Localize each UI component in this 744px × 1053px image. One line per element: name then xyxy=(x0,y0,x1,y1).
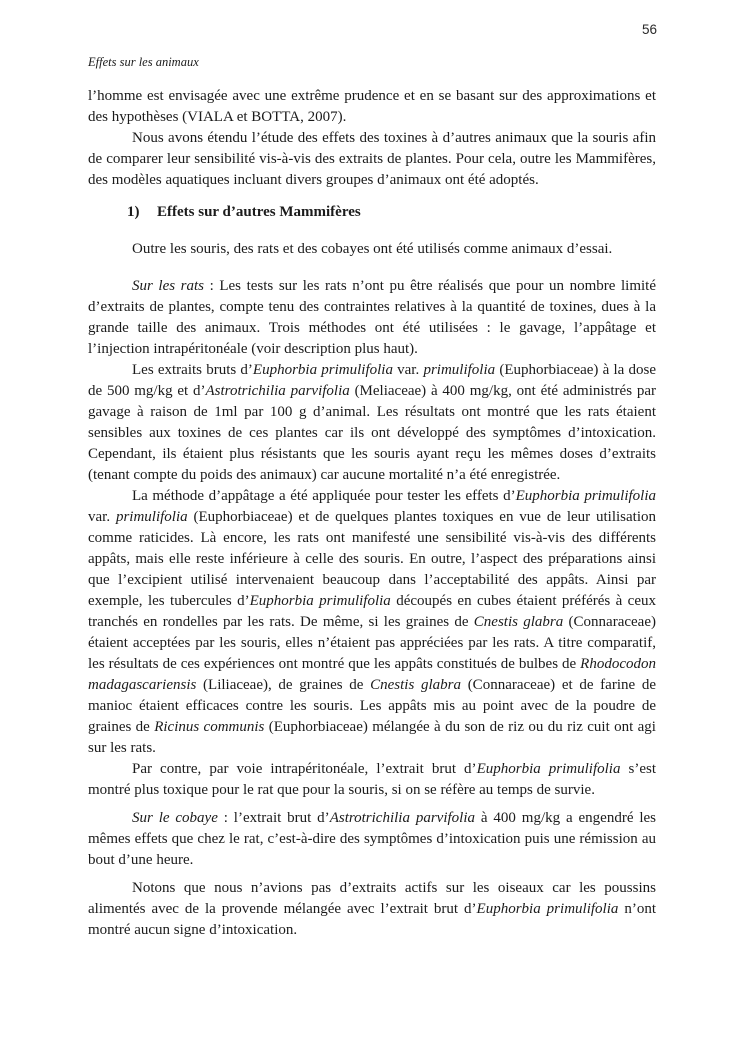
species-name: primulifolia xyxy=(116,509,188,525)
paragraph: Nous avons étendu l’étude des effets des… xyxy=(88,128,656,191)
species-name: Astrotrichilia parvifolia xyxy=(330,810,475,826)
text-run: l’homme est envisagée avec une extrême p… xyxy=(88,88,656,125)
topic-lead: Sur les rats xyxy=(132,278,204,294)
species-name: primulifolia xyxy=(423,362,495,378)
paragraph: Sur le cobaye : l’extrait brut d’Astrotr… xyxy=(88,808,656,871)
text-run: (Liliaceae), de graines de xyxy=(196,677,370,693)
paragraph: l’homme est envisagée avec une extrême p… xyxy=(88,86,656,128)
page-body: l’homme est envisagée avec une extrême p… xyxy=(88,86,656,941)
species-name: Euphorbia primulifolia xyxy=(250,593,391,609)
text-run: : l’extrait brut d’ xyxy=(218,810,330,826)
text-run: var. xyxy=(393,362,423,378)
species-name: Euphorbia primulifolia xyxy=(516,488,656,504)
species-name: Euphorbia primulifolia xyxy=(477,761,621,777)
paragraph: La méthode d’appâtage a été appliquée po… xyxy=(88,486,656,759)
species-name: Astrotrichilia parvifolia xyxy=(206,383,350,399)
document-page: 56 Effets sur les animaux l’homme est en… xyxy=(0,0,744,1053)
running-header: Effets sur les animaux xyxy=(88,55,199,70)
heading-text: Effets sur d’autres Mammifères xyxy=(157,204,361,220)
species-name: Euphorbia primulifolia xyxy=(253,362,393,378)
paragraph: Sur les rats : Les tests sur les rats n’… xyxy=(88,276,656,360)
text-run: Nous avons étendu l’étude des effets des… xyxy=(88,130,656,188)
topic-lead: Sur le cobaye xyxy=(132,810,218,826)
text-run: Outre les souris, des rats et des cobaye… xyxy=(132,241,612,257)
paragraph: Les extraits bruts d’Euphorbia primulifo… xyxy=(88,360,656,486)
text-run: var. xyxy=(88,509,116,525)
paragraph: Par contre, par voie intrapéritonéale, l… xyxy=(88,759,656,801)
heading-number: 1) xyxy=(127,202,157,223)
species-name: Cnestis glabra xyxy=(370,677,461,693)
species-name: Euphorbia primulifolia xyxy=(477,901,619,917)
text-run: Les extraits bruts d’ xyxy=(132,362,253,378)
text-run: Par contre, par voie intrapéritonéale, l… xyxy=(132,761,477,777)
species-name: Ricinus communis xyxy=(154,719,264,735)
page-number: 56 xyxy=(642,22,657,37)
species-name: Cnestis glabra xyxy=(474,614,563,630)
paragraph: Notons que nous n’avions pas d’extraits … xyxy=(88,878,656,941)
paragraph: Outre les souris, des rats et des cobaye… xyxy=(88,239,656,260)
text-run: La méthode d’appâtage a été appliquée po… xyxy=(132,488,516,504)
section-heading: 1)Effets sur d’autres Mammifères xyxy=(88,202,656,223)
